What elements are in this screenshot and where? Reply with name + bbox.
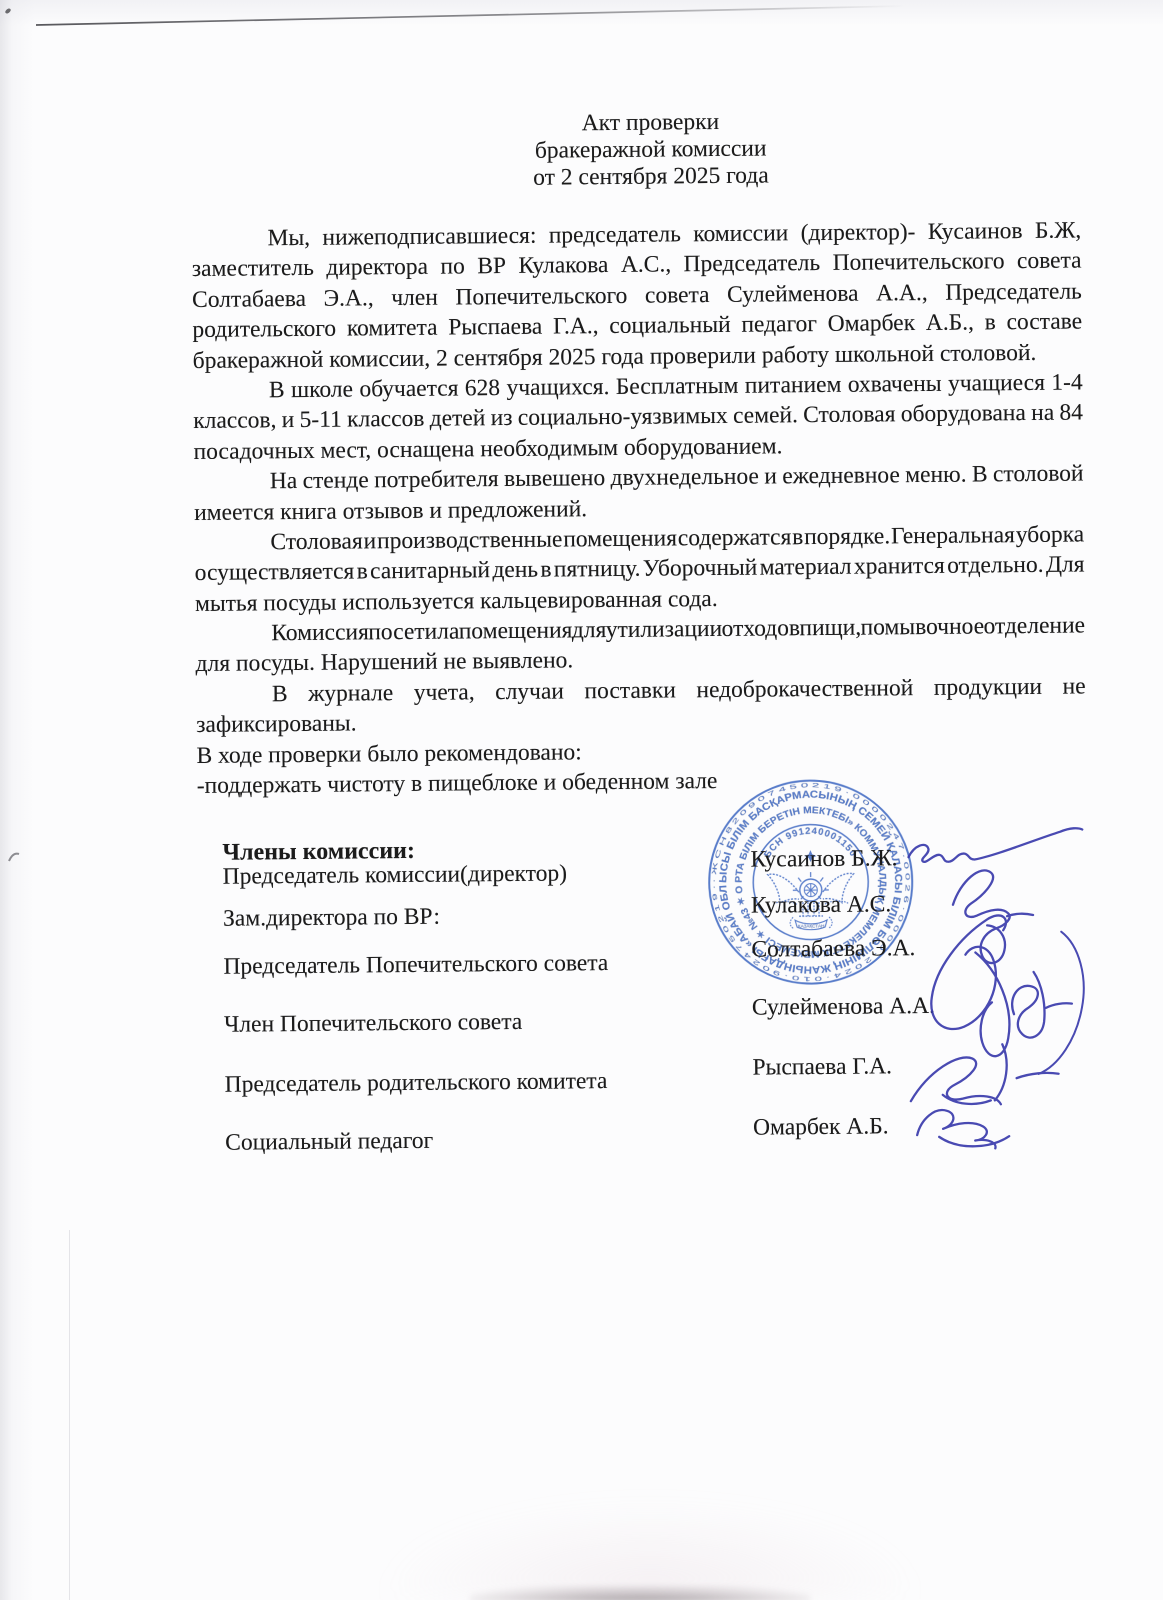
member-role: Социальный педагог <box>225 1126 433 1158</box>
member-role: Председатель Попечительского совета <box>223 948 608 982</box>
emblem-caption: ҚАЗАҚСТАН <box>798 923 824 928</box>
signature-omarbek <box>917 1109 1009 1149</box>
scanned-document-page: Акт проверки бракеражной комиссии от 2 с… <box>0 0 1163 1600</box>
member-role: Председатель комиссии(директор) <box>223 858 568 891</box>
signature-kusainov <box>908 828 1082 862</box>
member-role: Член Попечительского совета <box>224 1007 522 1040</box>
member-role: Председатель родительского комитета <box>225 1066 608 1100</box>
member-role: Зам.директора по ВР: <box>223 902 440 934</box>
document-body: Мы, нижеподписавшиеся: председатель коми… <box>191 215 1087 801</box>
signature-suleimenova <box>1012 972 1072 1038</box>
document-title: Акт проверки бракеражной комиссии от 2 с… <box>190 105 1111 195</box>
signatures-overlay <box>852 781 1158 1434</box>
signature-ryspaeva <box>910 1057 1058 1106</box>
